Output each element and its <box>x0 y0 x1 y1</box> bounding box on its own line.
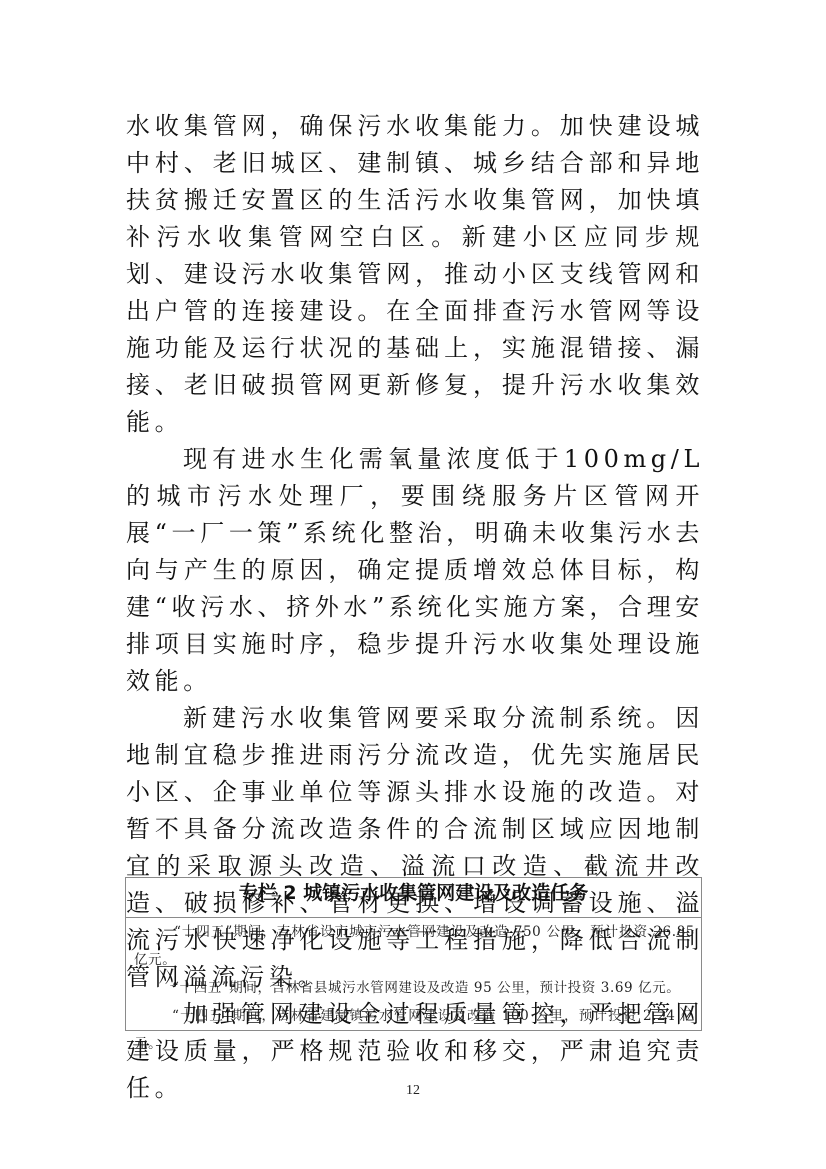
box-body: “十四五”期间，吉林省设市城市污水管网建设及改造 750 公里，预计投资 26.… <box>126 918 701 1058</box>
box-item-city: “十四五”期间，吉林省设市城市污水管网建设及改造 750 公里，预计投资 26.… <box>134 918 695 974</box>
document-page: 水收集管网，确保污水收集能力。加快建设城中村、老旧城区、建制镇、城乡结合部和异地… <box>0 0 826 1169</box>
box-title: 专栏 2 城镇污水收集管网建设及改造任务 <box>126 878 701 918</box>
paragraph-1: 水收集管网，确保污水收集能力。加快建设城中村、老旧城区、建制镇、城乡结合部和异地… <box>126 108 704 441</box>
sidebar-box-column-2: 专栏 2 城镇污水收集管网建设及改造任务 “十四五”期间，吉林省设市城市污水管网… <box>125 877 702 1031</box>
page-number: 12 <box>0 1083 826 1099</box>
box-item-town: “十四五”期间，吉林省建制镇污水管网建设及改造 100 公里，预计投资 2.24… <box>134 1002 695 1058</box>
box-item-county: “十四五”期间，吉林省县城污水管网建设及改造 95 公里，预计投资 3.69 亿… <box>134 974 695 1002</box>
paragraph-2: 现有进水生化需氧量浓度低于100mg/L的城市污水处理厂，要围绕服务片区管网开展… <box>126 441 704 700</box>
